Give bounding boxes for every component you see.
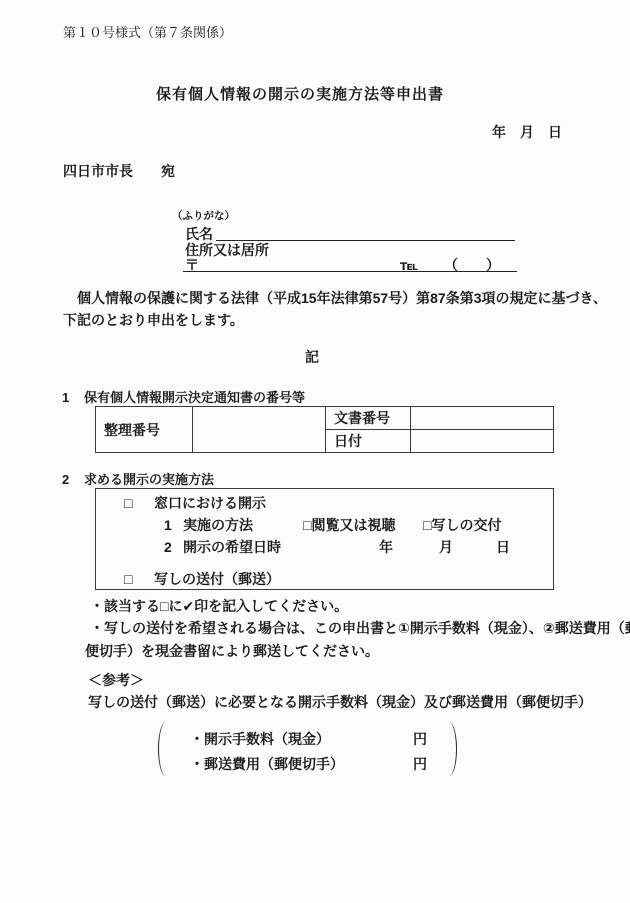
document-title: 保有個人情報の開示の実施方法等申出書 bbox=[0, 86, 600, 105]
left-bracket bbox=[158, 722, 174, 776]
section2-heading: 求める開示の実施方法 bbox=[84, 472, 214, 488]
option2-checkbox[interactable]: □ bbox=[124, 571, 132, 589]
note-mailing-line1: ・写しの送付を希望される場合は、この申出書と①開示手数料（現金）、②郵送費用（郵 bbox=[90, 620, 630, 638]
sub1-choice-view-checkbox[interactable]: □閲覧又は視聴 bbox=[303, 517, 395, 535]
bunsho-value-cell[interactable] bbox=[411, 407, 554, 430]
bunsho-label: 文書番号 bbox=[334, 410, 390, 426]
ki-label: 記 bbox=[0, 349, 624, 367]
seiri-value-cell[interactable] bbox=[193, 407, 326, 453]
sub2-number: 2 bbox=[164, 539, 172, 557]
form-number: 第１０号様式（第７条関係） bbox=[63, 26, 232, 42]
desired-year-label: 年 bbox=[379, 539, 393, 557]
postal-tel-fill-line[interactable] bbox=[183, 271, 517, 272]
option1-checkbox[interactable]: □ bbox=[124, 495, 132, 513]
right-bracket bbox=[441, 722, 457, 776]
name-fill-line[interactable] bbox=[216, 240, 515, 241]
date-line: 年 月 日 bbox=[492, 124, 562, 142]
note-checkmark: ・該当する□に✔印を記入してください。 bbox=[90, 598, 348, 616]
desired-month-label: 月 bbox=[439, 539, 453, 557]
fee-item-unit: 円 bbox=[413, 731, 427, 749]
option1-label: 窓口における開示 bbox=[154, 495, 266, 513]
postage-item-unit: 円 bbox=[413, 756, 427, 774]
desired-day-label: 日 bbox=[496, 539, 510, 557]
postage-item-label: ・郵送費用（郵便切手） bbox=[190, 756, 344, 774]
document-page: 第１０号様式（第７条関係） 保有個人情報の開示の実施方法等申出書 年 月 日 四… bbox=[0, 0, 630, 903]
hizuke-label: 日付 bbox=[334, 433, 362, 449]
seiri-label-cell: 整理番号 bbox=[96, 407, 193, 453]
sub1-choice-copy-checkbox[interactable]: □写しの交付 bbox=[423, 517, 501, 535]
option2-label: 写しの送付（郵送） bbox=[154, 571, 280, 589]
sub2-label: 開示の希望日時 bbox=[183, 539, 281, 557]
notice-number-table: 整理番号 文書番号 日付 bbox=[95, 406, 554, 453]
section1-number: 1 bbox=[62, 390, 69, 406]
section2-number: 2 bbox=[62, 472, 69, 488]
note-mailing-line2: 便切手）を現金書留により郵送してください。 bbox=[85, 643, 379, 661]
reference-description: 写しの送付（郵送）に必要となる開示手数料（現金）及び郵送費用（郵便切手） bbox=[88, 694, 592, 712]
sub1-number: 1 bbox=[164, 517, 172, 535]
reference-heading: ＜参考＞ bbox=[88, 672, 144, 690]
hizuke-label-cell: 日付 bbox=[326, 430, 411, 453]
fee-item-label: ・開示手数料（現金） bbox=[190, 731, 330, 749]
seiri-label: 整理番号 bbox=[104, 422, 160, 438]
furigana-label: （ふりがな） bbox=[172, 210, 235, 223]
legal-paragraph-line2: 下記のとおり申出をします。 bbox=[63, 312, 244, 330]
section1-heading: 保有個人情報開示決定通知書の番号等 bbox=[84, 390, 305, 406]
name-label: 氏名 bbox=[185, 226, 213, 244]
legal-paragraph-line1: 個人情報の保護に関する法律（平成15年法律第57号）第87条第3項の規定に基づき… bbox=[63, 290, 607, 308]
hizuke-value-cell[interactable] bbox=[411, 430, 554, 453]
addressee: 四日市市長 宛 bbox=[63, 163, 175, 181]
disclosure-method-box: □ 窓口における開示 1 実施の方法 □閲覧又は視聴 □写しの交付 2 開示の希… bbox=[95, 488, 554, 590]
bunsho-label-cell: 文書番号 bbox=[326, 407, 411, 430]
sub1-label: 実施の方法 bbox=[183, 517, 253, 535]
